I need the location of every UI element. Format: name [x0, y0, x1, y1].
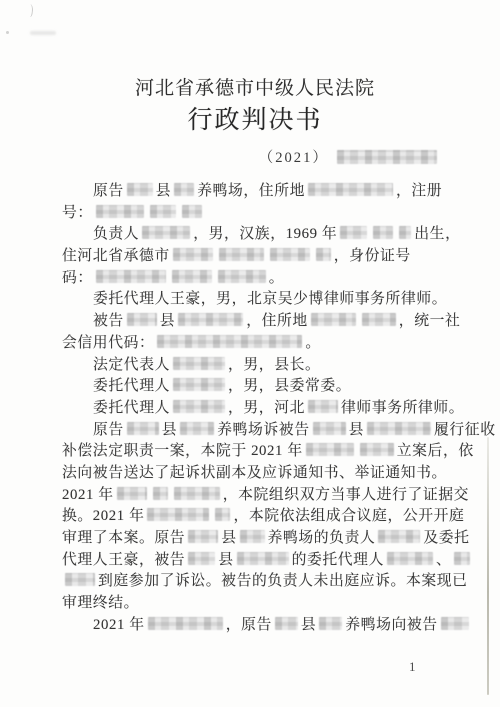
text-run: ，原告: [226, 617, 272, 633]
redaction-block: [313, 422, 346, 435]
text-run: 原告: [93, 183, 124, 199]
text-run: 立案后，依: [397, 443, 474, 459]
doc-line: 委托代理人，男，河北律师事务所律师。: [62, 398, 454, 420]
redaction-block: [148, 617, 223, 630]
document-body: 原告县养鸭场，住所地，注册号：负责人，男，汉族，1969 年出生，住河北省承德市…: [62, 181, 454, 636]
text-run: 县: [349, 422, 364, 438]
doc-line: 被告县，住所地，统一社: [62, 311, 454, 333]
doc-line: 码：。: [62, 268, 454, 290]
doc-line: 审理了本案。原告县养鸭场的负责人及委托: [62, 528, 454, 550]
text-run: 县: [160, 313, 175, 329]
text-run: 养鸭场向被告: [345, 617, 437, 633]
text-run: ，男，县长。: [228, 357, 320, 373]
redaction-block: [306, 443, 354, 456]
redaction-block: [399, 226, 411, 239]
page-edge-shadow: [487, 437, 489, 695]
doc-line: 原告县养鸭场，住所地，注册: [62, 181, 454, 203]
text-run: ，男，县委常委。: [228, 378, 351, 394]
redaction-block: [127, 422, 159, 435]
redaction-block: [157, 335, 302, 348]
text-run: 委托代理人王豪，男，北京吴少博律师事务所律师。: [93, 291, 447, 307]
text-run: ，身份证号: [334, 248, 411, 264]
doc-line: 换。2021 年，本院依法组成合议庭，公开开庭: [62, 506, 454, 528]
text-run: ，住所地: [246, 313, 308, 329]
redaction-block: [173, 400, 225, 413]
text-run: 养鸭场诉被告: [217, 422, 309, 438]
text-run: 委托代理人: [93, 378, 170, 394]
redaction-block: [311, 313, 356, 326]
redaction-block: [387, 552, 433, 565]
doc-line: 2021 年，原告县养鸭场向被告: [62, 615, 454, 637]
redaction-block: [174, 487, 220, 500]
text-run: 原告: [93, 422, 124, 438]
text-run: 。: [305, 335, 320, 351]
doc-line: 负责人，男，汉族，1969 年出生，: [62, 224, 454, 246]
redaction-block: [188, 530, 218, 543]
redaction-block: [65, 573, 95, 586]
text-run: 委托代理人: [93, 400, 170, 416]
doc-line: 号：: [62, 203, 454, 225]
text-run: 养鸭场的负责人: [268, 530, 376, 546]
text-run: 被告: [93, 313, 124, 329]
text-run: ，统一社: [399, 313, 461, 329]
redaction-block: [219, 248, 264, 261]
text-run: 法定代表人: [93, 357, 170, 373]
doc-line: 原告县养鸭场诉被告县履行征收: [62, 420, 454, 442]
text-run: ，注册: [396, 183, 442, 199]
redaction-block: [173, 378, 225, 391]
doc-line: 住河北省承德市，身份证号: [62, 246, 454, 268]
text-run: 出生，: [414, 226, 460, 242]
text-run: ，本院依法组成合议庭，公开开庭: [233, 508, 464, 524]
redaction-block: [362, 313, 396, 326]
redaction-block: [319, 617, 342, 630]
doc-line: 委托代理人，男，县委常委。: [62, 376, 454, 398]
case-number-line: （2021）: [259, 146, 440, 167]
redaction-block: [308, 183, 393, 196]
doc-line: 补偿法定职责一案，本院于 2021 年立案后，依: [62, 441, 454, 463]
redaction-block: [378, 530, 420, 543]
text-run: 律师事务所律师。: [341, 400, 464, 416]
text-run: 县: [162, 422, 177, 438]
text-run: 县: [218, 552, 233, 568]
redaction-block: [360, 443, 394, 456]
scan-artifact-mark: [26, 4, 33, 18]
redaction-block: [180, 422, 214, 435]
doc-line: 委托代理人王豪，男，北京吴少博律师事务所律师。: [62, 289, 454, 311]
redaction-block: [188, 552, 215, 565]
text-run: 履行征收: [434, 422, 496, 438]
text-run: 、: [436, 552, 451, 568]
text-run: 负责人: [93, 226, 139, 242]
scan-artifact-smudge: [30, 31, 56, 35]
court-name-title: 河北省承德市中级人民法院: [10, 73, 500, 100]
text-run: 码：: [62, 270, 93, 286]
redaction-block: [153, 487, 168, 500]
text-run: ，本院组织双方当事人进行了证据交: [223, 487, 469, 503]
text-run: 号：: [62, 205, 93, 221]
redaction-block: [172, 270, 212, 283]
text-run: 2021 年: [62, 487, 114, 503]
doc-line: 2021 年，本院组织双方当事人进行了证据交: [62, 485, 454, 507]
case-number-prefix: （2021）: [259, 150, 329, 166]
redaction-block: [441, 617, 469, 630]
text-run: 到庭参加了诉讼。被告的负责人未出庭应诉。本案现已: [98, 573, 468, 589]
doc-line: 会信用代码：。: [62, 333, 454, 355]
case-number-redaction: [337, 150, 437, 164]
text-run: 县: [221, 530, 236, 546]
doc-line: 代理人王豪，被告县的委托代理人、: [62, 550, 454, 572]
redaction-block: [173, 357, 225, 370]
scanned-judgment-page: 河北省承德市中级人民法院 行政判决书 （2021） 原告县养鸭场，住所地，注册号…: [0, 0, 500, 707]
page-number: 1: [409, 659, 416, 675]
redaction-block: [182, 205, 202, 218]
text-run: 2021 年: [93, 617, 145, 633]
text-run: 养鸭场，住所地: [197, 183, 305, 199]
redaction-block: [127, 183, 153, 196]
text-run: 代理人王豪，被告: [62, 552, 185, 568]
redaction-block: [275, 617, 298, 630]
text-run: 。: [269, 270, 284, 286]
text-run: 的委托代理人: [292, 552, 384, 568]
redaction-block: [127, 313, 157, 326]
redaction-block: [178, 313, 243, 326]
text-run: 换。2021 年: [62, 508, 144, 524]
text-run: 县: [301, 617, 316, 633]
redaction-block: [340, 226, 367, 239]
redaction-block: [367, 422, 431, 435]
redaction-block: [96, 270, 166, 283]
redaction-block: [215, 508, 230, 521]
doc-line: 法向被告送达了起诉状副本及应诉通知书、举证通知书。: [62, 463, 454, 485]
text-run: 审理终结。: [62, 595, 139, 611]
redaction-block: [147, 508, 209, 521]
redaction-block: [270, 248, 310, 261]
redaction-block: [117, 487, 147, 500]
scan-artifact-dot: [6, 31, 9, 34]
redaction-block: [173, 248, 213, 261]
text-run: 会信用代码：: [62, 335, 154, 351]
redaction-block: [454, 552, 470, 565]
redaction-block: [218, 270, 266, 283]
text-run: 法向被告送达了起诉状副本及应诉通知书、举证通知书。: [62, 465, 447, 481]
doc-line: 审理终结。: [62, 593, 454, 615]
redaction-block: [308, 400, 338, 413]
text-run: ，男，汉族，1969 年: [193, 226, 337, 242]
doc-line: 法定代表人，男，县长。: [62, 355, 454, 377]
text-run: 县: [156, 183, 171, 199]
redaction-block: [150, 205, 176, 218]
redaction-block: [96, 205, 144, 218]
redaction-block: [240, 530, 265, 543]
redaction-block: [373, 226, 393, 239]
redaction-block: [142, 226, 190, 239]
text-run: 及委托: [423, 530, 469, 546]
text-run: 审理了本案。原告: [62, 530, 185, 546]
redaction-block: [237, 552, 289, 565]
document-type-title: 行政判决书: [10, 100, 500, 136]
text-run: 补偿法定职责一案，本院于 2021 年: [62, 443, 303, 459]
doc-line: 到庭参加了诉讼。被告的负责人未出庭应诉。本案现已: [62, 571, 454, 593]
text-run: 住河北省承德市: [62, 248, 170, 264]
redaction-block: [174, 183, 194, 196]
redaction-block: [316, 248, 331, 261]
text-run: ，男，河北: [228, 400, 305, 416]
